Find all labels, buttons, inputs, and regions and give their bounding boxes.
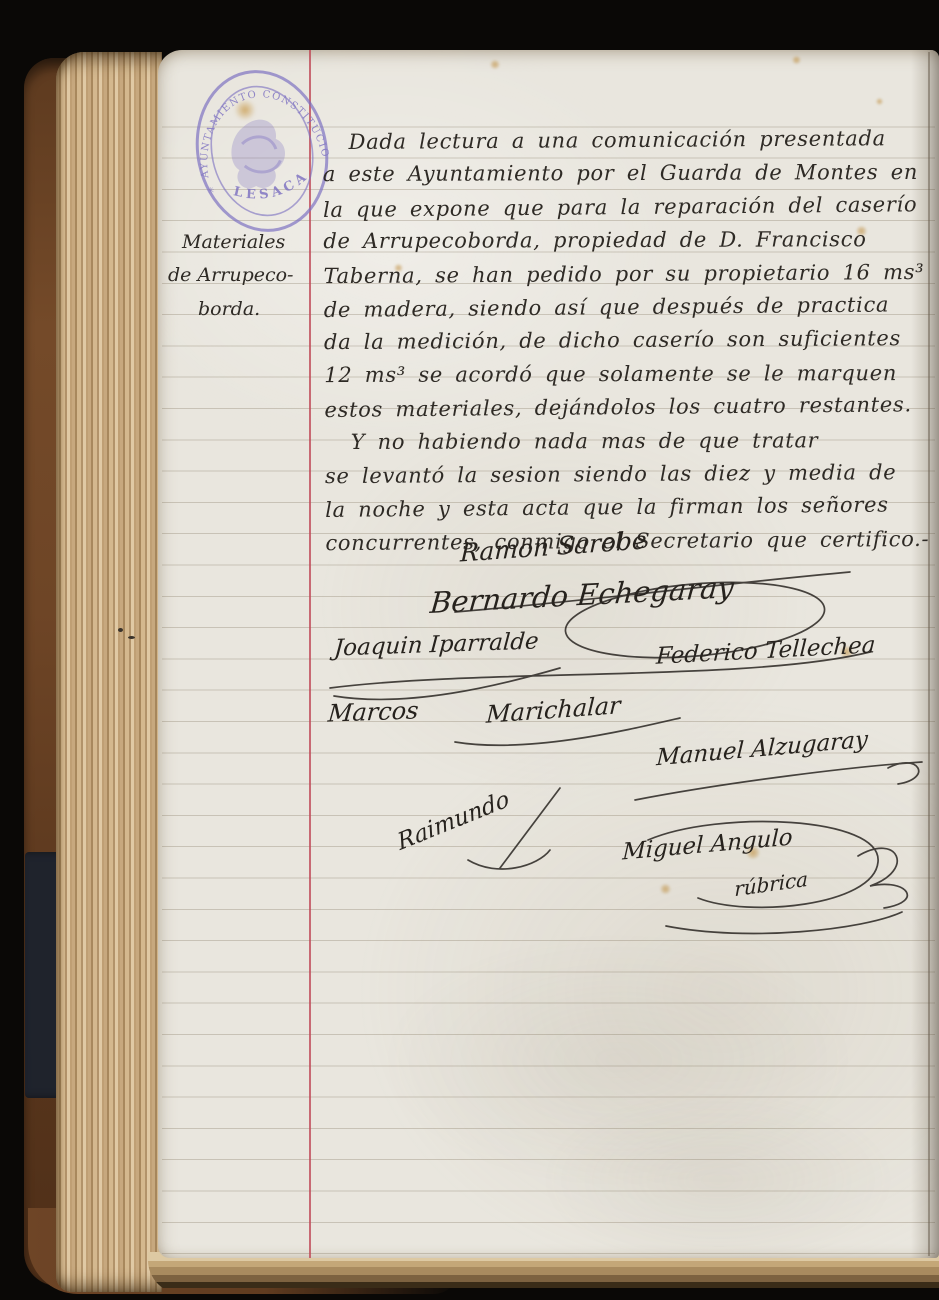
paper-speck: [128, 636, 135, 639]
manuscript-page: AYUNTAMIENTO CONSTITUCIONAL DE LESACA ✳ …: [158, 50, 939, 1258]
page-stack-edges-left: [56, 52, 162, 1292]
signature: Federico Tellechea: [655, 632, 876, 670]
text-line: de madera, siendo así que después de pra…: [324, 288, 939, 327]
foxing-spot: [876, 98, 883, 105]
margin-note-line: de Arrupeco-: [168, 259, 318, 292]
signature: Manuel Alzugaray: [656, 727, 869, 772]
foxing-spot: [490, 60, 500, 69]
foxing-spot: [660, 884, 671, 894]
signature: Bernardo Echegaray: [429, 570, 736, 620]
margin-note: Materiales de Arrupeco- borda.: [168, 226, 318, 326]
stamp-star-ornament: ✳: [206, 186, 216, 197]
scanned-book-photo: AYUNTAMIENTO CONSTITUCIONAL DE LESACA ✳ …: [0, 0, 939, 1300]
ink-bleedthrough: [378, 930, 858, 1190]
text-line: estos materiales, dejándolos los cuatro …: [324, 388, 939, 427]
paper-speck: [118, 628, 123, 632]
text-line: Taberna, se han pedido por su propietari…: [323, 255, 939, 293]
text-line: da la medición, de dicho caserío son suf…: [324, 322, 939, 360]
margin-note-line: borda.: [168, 293, 318, 326]
stamp-coat-of-arms: [225, 116, 291, 194]
ink-bleedthrough: [538, 1090, 898, 1270]
signature: Marichalar: [485, 691, 621, 729]
foxing-spot: [792, 56, 801, 64]
signature: Raimundo: [395, 786, 512, 856]
signature-rubric: rúbrica: [734, 867, 808, 902]
text-line: la que expone que para la reparación del…: [323, 188, 939, 227]
text-line: la noche y esta acta que la firman los s…: [325, 489, 939, 528]
text-line: Y no habiendo nada mas de que tratar: [325, 424, 939, 460]
text-line: Dada lectura a una comunicación presenta…: [322, 122, 938, 160]
text-line: a este Ayuntamiento por el Guarda de Mon…: [323, 156, 939, 192]
page-stack-edges-bottom: [148, 1252, 939, 1294]
text-line: de Arrupecoborda, propiedad de D. Franci…: [323, 223, 939, 259]
signature: Miguel Angulo: [622, 824, 793, 865]
signature: Marcos: [327, 696, 420, 727]
minutes-text: Dada lectura a una comunicación presenta…: [322, 122, 939, 561]
signature: Joaquin Iparralde: [333, 628, 539, 661]
text-line: 12 ms³ se acordó que solamente se le mar…: [324, 357, 939, 393]
stain-on-stamp: [234, 100, 256, 120]
margin-note-line: Materiales: [168, 226, 318, 259]
